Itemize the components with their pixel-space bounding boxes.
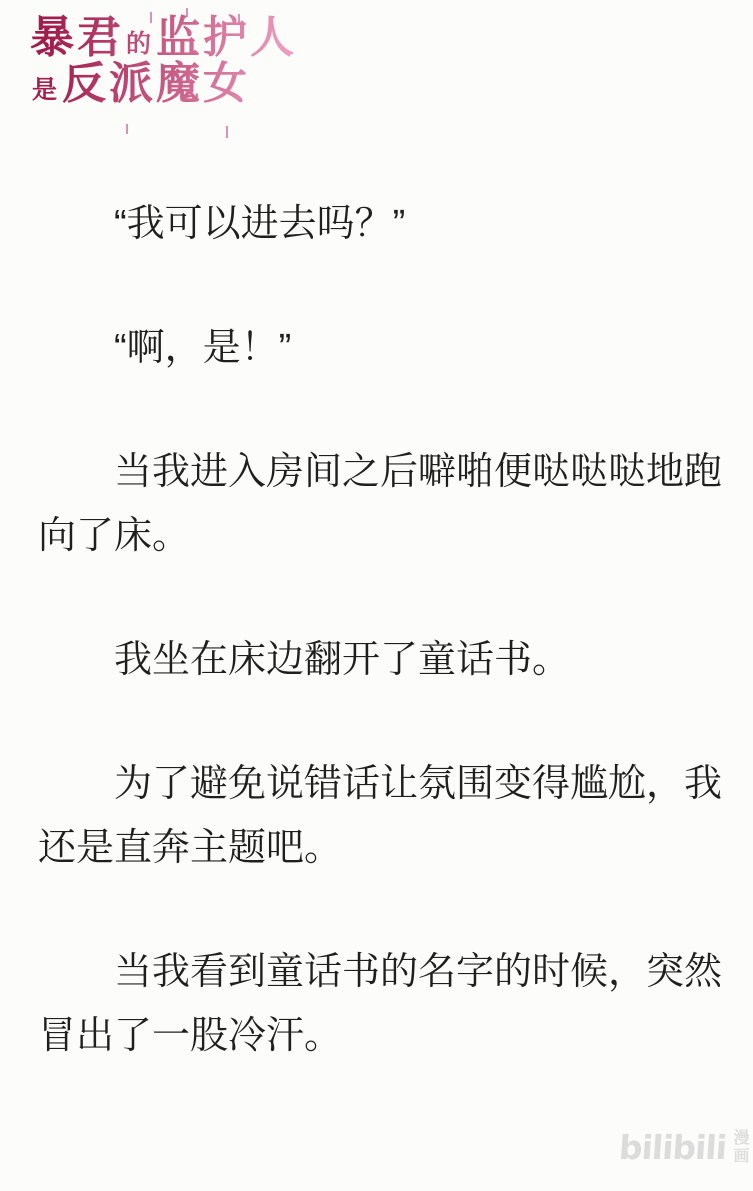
- novel-reader-page: 暴君 的 监护人 是 反派 魔女 “我可以进去吗？” “啊，是！” 当我进入房间…: [0, 0, 753, 1191]
- bilibili-logo: bilibili: [618, 1131, 727, 1164]
- paragraph-dialogue-2: “啊，是！”: [38, 316, 728, 380]
- logo-text-monv: 魔女: [156, 58, 250, 110]
- logo-dash-decoration: [186, 8, 188, 17]
- logo-text-fanpai: 反派: [62, 58, 156, 110]
- logo-text-jianhuren: 监护人: [156, 12, 297, 64]
- series-title-logo: 暴君 的 监护人 是 反派 魔女: [30, 12, 297, 110]
- logo-title-line-1: 暴君 的 监护人: [30, 12, 297, 64]
- paragraph-narration-1: 当我进入房间之后噼啪便哒哒哒地跑向了床。: [38, 440, 728, 568]
- logo-dash-decoration: [226, 126, 228, 138]
- logo-dash-decoration: [150, 12, 152, 23]
- logo-text-baojun: 暴君: [30, 12, 124, 64]
- paragraph-narration-3: 为了避免说错话让氛围变得尴尬，我还是直奔主题吧。: [38, 752, 728, 880]
- paragraph-narration-4: 当我看到童话书的名字的时候，突然冒出了一股冷汗。: [38, 940, 728, 1068]
- bilibili-manga-watermark: bilibili 漫画: [619, 1131, 747, 1165]
- manga-vertical-label: 漫画: [730, 1129, 747, 1165]
- logo-dash-decoration: [126, 124, 128, 134]
- paragraph-narration-2: 我坐在床边翻开了童话书。: [38, 628, 728, 692]
- logo-dash-decoration: [238, 14, 240, 23]
- paragraph-dialogue-1: “我可以进去吗？”: [38, 192, 728, 256]
- logo-title-line-2: 是 反派 魔女: [30, 58, 297, 110]
- logo-text-shi: 是: [30, 76, 62, 106]
- novel-text-body: “我可以进去吗？” “啊，是！” 当我进入房间之后噼啪便哒哒哒地跑向了床。 我坐…: [38, 192, 728, 1128]
- logo-text-de: 的: [124, 30, 156, 60]
